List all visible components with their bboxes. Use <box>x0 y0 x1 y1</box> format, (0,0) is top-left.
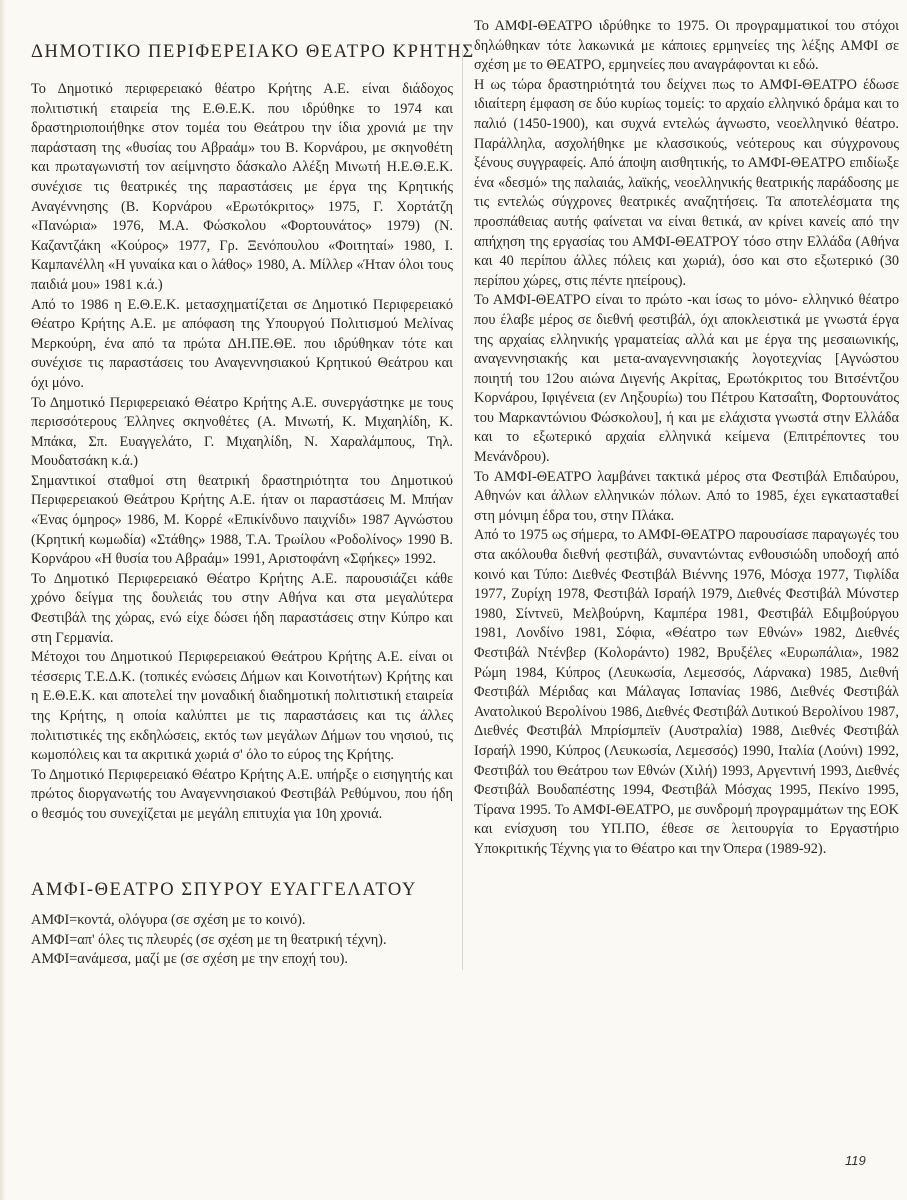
paragraph: Το ΑΜΦΙ-ΘΕΑΤΡΟ ιδρύθηκε το 1975. Οι προγ… <box>474 17 899 76</box>
paragraph: Το ΑΜΦΙ-ΘΕΑΤΡΟ λαμβάνει τακτικά μέρος στ… <box>474 468 899 527</box>
column-divider <box>462 50 463 970</box>
definition-line: ΑΜΦΙ=απ' όλες τις πλευρές (σε σχέση με τ… <box>31 931 453 951</box>
section-title-amfi-theatro: ΑΜΦΙ-ΘΕΑΤΡΟ ΣΠΥΡΟΥ ΕΥΑΓΓΕΛΑΤΟΥ <box>31 880 417 901</box>
paragraph: Η ως τώρα δραστηριότητά του δείχνει πως … <box>474 76 899 292</box>
paragraph: Το Δημοτικό Περιφερειακό Θέατρο Κρήτης Α… <box>31 570 453 648</box>
paragraph: Από το 1975 ως σήμερα, το ΑΜΦΙ-ΘΕΑΤΡΟ πα… <box>474 526 899 859</box>
paragraph: Το Δημοτικό περιφερειακό θέατρο Κρήτης Α… <box>31 80 453 296</box>
section-body-amfi-theatro: Το ΑΜΦΙ-ΘΕΑΤΡΟ ιδρύθηκε το 1975. Οι προγ… <box>474 17 899 860</box>
page-number: 119 <box>845 1153 866 1168</box>
paragraph: Το Δημοτικό Περιφερειακό Θέατρο Κρήτης Α… <box>31 394 453 472</box>
definition-line: ΑΜΦΙ=ανάμεσα, μαζί με (σε σχέση με την ε… <box>31 950 453 970</box>
section-title-dipethe-crete: ΔΗΜΟΤΙΚΟ ΠΕΡΙΦΕΡΕΙΑΚΟ ΘΕΑΤΡΟ ΚΡΗΤΗΣ <box>31 42 475 63</box>
page-edge-shadow <box>0 0 6 1200</box>
paragraph: Το ΑΜΦΙ-ΘΕΑΤΡΟ είναι το πρώτο -και ίσως … <box>474 291 899 467</box>
paragraph: Το Δημοτικό Περιφερειακό Θέατρο Κρήτης Α… <box>31 766 453 825</box>
paragraph: Σημαντικοί σταθμοί στη θεατρική δραστηρι… <box>31 472 453 570</box>
definition-line: ΑΜΦΙ=κοντά, ολόγυρα (σε σχέση με το κοιν… <box>31 911 453 931</box>
section-body-dipethe-crete: Το Δημοτικό περιφερειακό θέατρο Κρήτης Α… <box>31 80 453 825</box>
amfi-definitions: ΑΜΦΙ=κοντά, ολόγυρα (σε σχέση με το κοιν… <box>31 911 453 970</box>
paragraph: Μέτοχοι του Δημοτικού Περιφερειακού Θεάτ… <box>31 648 453 766</box>
paragraph: Από το 1986 η Ε.Θ.Ε.Κ. μετασχηματίζεται … <box>31 296 453 394</box>
